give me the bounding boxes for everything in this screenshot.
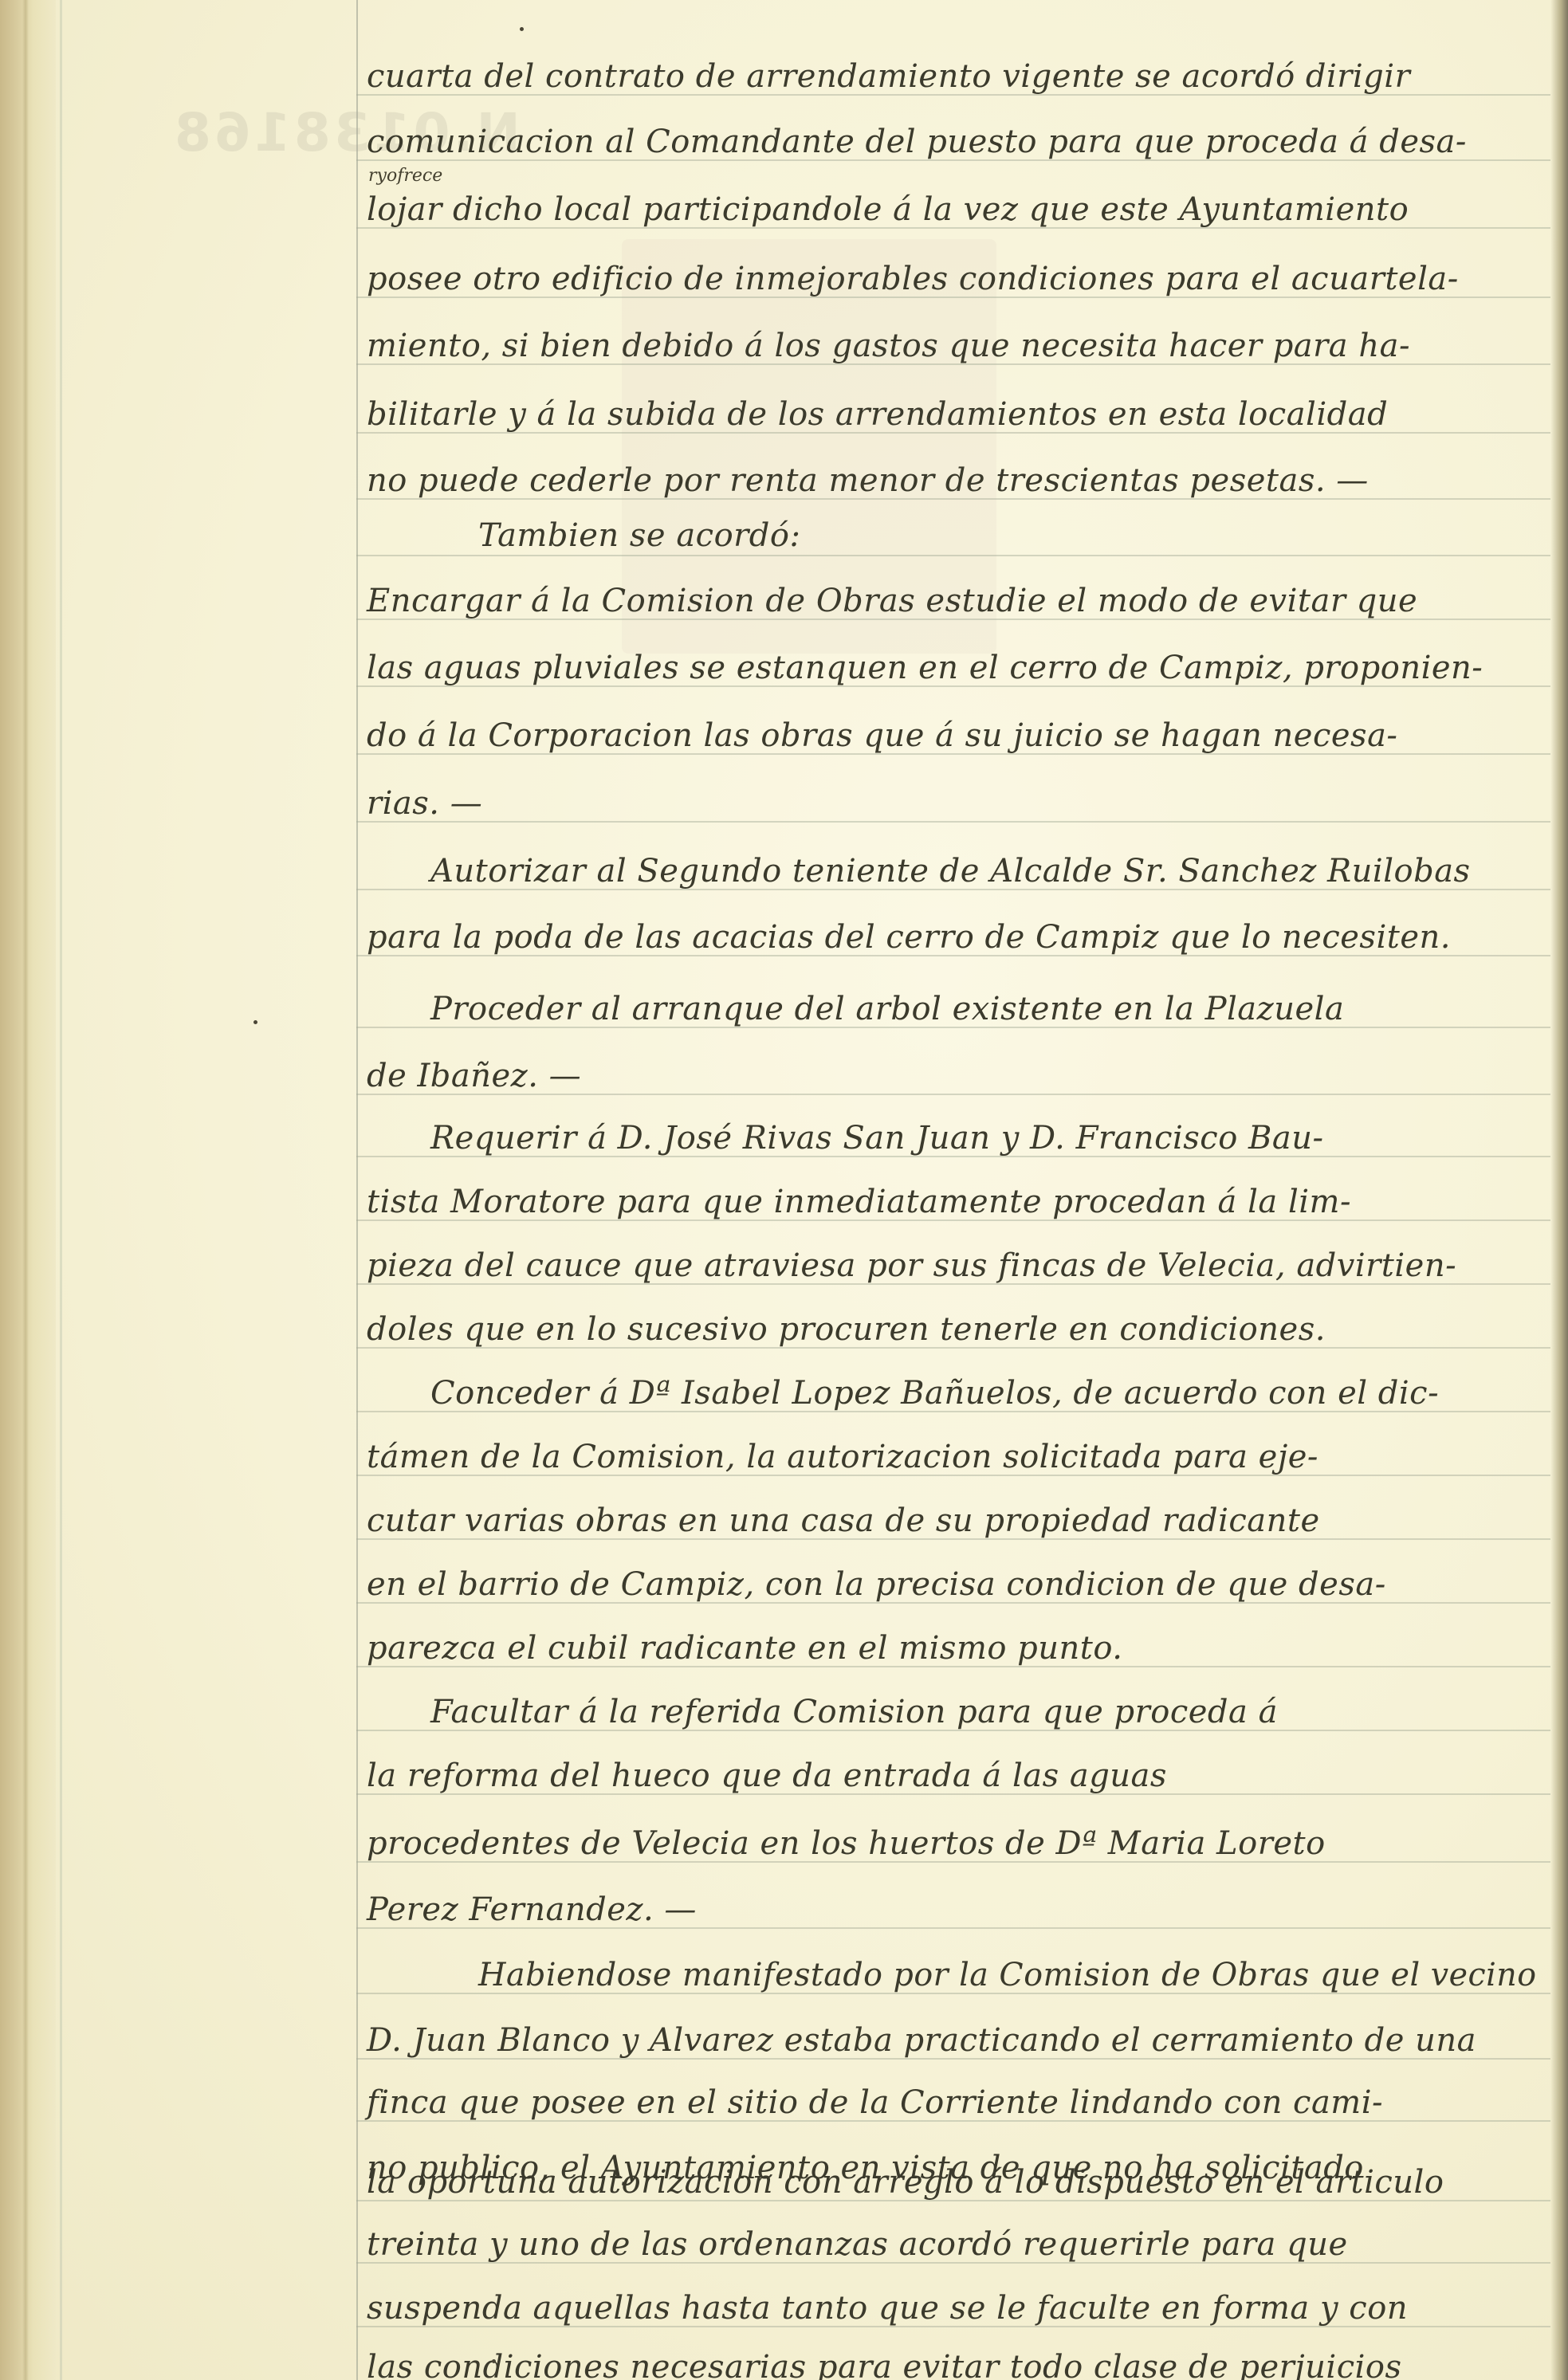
manuscript-line: Facultar á la referida Comision para que… xyxy=(430,1696,1536,1728)
manuscript-line: miento, si bien debido á los gastos que … xyxy=(367,330,1536,362)
manuscript-line: Habiendose manifestado por la Comision d… xyxy=(478,1959,1524,1991)
ink-speck xyxy=(253,1020,257,1024)
manuscript-page: N.0138168 ryofrece cuarta del contrato d… xyxy=(0,0,1568,2380)
ink-speck xyxy=(492,2359,496,2363)
manuscript-line: finca que posee en el sitio de la Corrie… xyxy=(367,2087,1536,2119)
manuscript-line: las condiciones necesarias para evitar t… xyxy=(367,2351,1536,2380)
manuscript-line: D. Juan Blanco y Alvarez estaba practica… xyxy=(367,2025,1536,2056)
manuscript-line: cuarta del contrato de arrendamiento vig… xyxy=(367,61,1536,92)
manuscript-line: suspenda aquellas hasta tanto que se le … xyxy=(367,2292,1536,2324)
binding-line xyxy=(60,0,62,2380)
manuscript-line: parezca el cubil radicante en el mismo p… xyxy=(367,1632,1536,1664)
manuscript-line: bilitarle y á la subida de los arrendami… xyxy=(367,399,1536,430)
manuscript-line: rias. — xyxy=(367,787,1536,819)
manuscript-line: doles que en lo sucesivo procuren tenerl… xyxy=(367,1314,1536,1345)
manuscript-line: no puede cederle por renta menor de tres… xyxy=(367,465,1536,497)
manuscript-line: de Ibañez. — xyxy=(367,1060,1536,1092)
manuscript-line: procedentes de Velecia en los huertos de… xyxy=(367,1828,1536,1860)
manuscript-line: pieza del cauce que atraviesa por sus fi… xyxy=(367,1250,1536,1282)
manuscript-line: lojar dicho local participandole á la ve… xyxy=(367,194,1536,226)
manuscript-line: Conceder á Dª Isabel Lopez Bañuelos, de … xyxy=(430,1377,1536,1409)
manuscript-line: támen de la Comision, la autorizacion so… xyxy=(367,1441,1536,1473)
interlinear-note: ryofrece xyxy=(368,166,442,186)
margin-rule xyxy=(356,0,358,2380)
manuscript-line: la reforma del hueco que da entrada á la… xyxy=(367,1760,1536,1792)
ruled-line xyxy=(356,821,1550,823)
manuscript-line: do á la Corporacion las obras que á su j… xyxy=(367,720,1536,752)
manuscript-line: Encargar á la Comision de Obras estudie … xyxy=(367,585,1536,617)
manuscript-line: para la poda de las acacias del cerro de… xyxy=(367,921,1536,953)
page-right-edge xyxy=(1550,0,1568,2380)
manuscript-line: Autorizar al Segundo teniente de Alcalde… xyxy=(430,855,1536,887)
manuscript-line: en el barrio de Campiz, con la precisa c… xyxy=(367,1569,1536,1600)
manuscript-line: Requerir á D. José Rivas San Juan y D. F… xyxy=(430,1122,1536,1154)
binding-fold xyxy=(22,0,29,2380)
manuscript-line: posee otro edificio de inmejorables cond… xyxy=(367,263,1536,295)
manuscript-line: tista Moratore para que inmediatamente p… xyxy=(367,1186,1536,1218)
manuscript-line: Perez Fernandez. — xyxy=(367,1894,1536,1926)
manuscript-line: cutar varias obras en una casa de su pro… xyxy=(367,1505,1536,1537)
manuscript-line: comunicacion al Comandante del puesto pa… xyxy=(367,126,1536,158)
ruled-line xyxy=(356,555,1550,556)
manuscript-line: las aguas pluviales se estanquen en el c… xyxy=(367,652,1536,684)
section-heading: Tambien se acordó: xyxy=(478,520,1536,552)
manuscript-line: treinta y uno de las ordenanzas acordó r… xyxy=(367,2229,1536,2260)
ink-speck xyxy=(520,27,524,31)
manuscript-line: Proceder al arranque del arbol existente… xyxy=(430,993,1536,1025)
manuscript-line: la oportuna autorizacion con arreglo á l… xyxy=(367,2166,1536,2198)
